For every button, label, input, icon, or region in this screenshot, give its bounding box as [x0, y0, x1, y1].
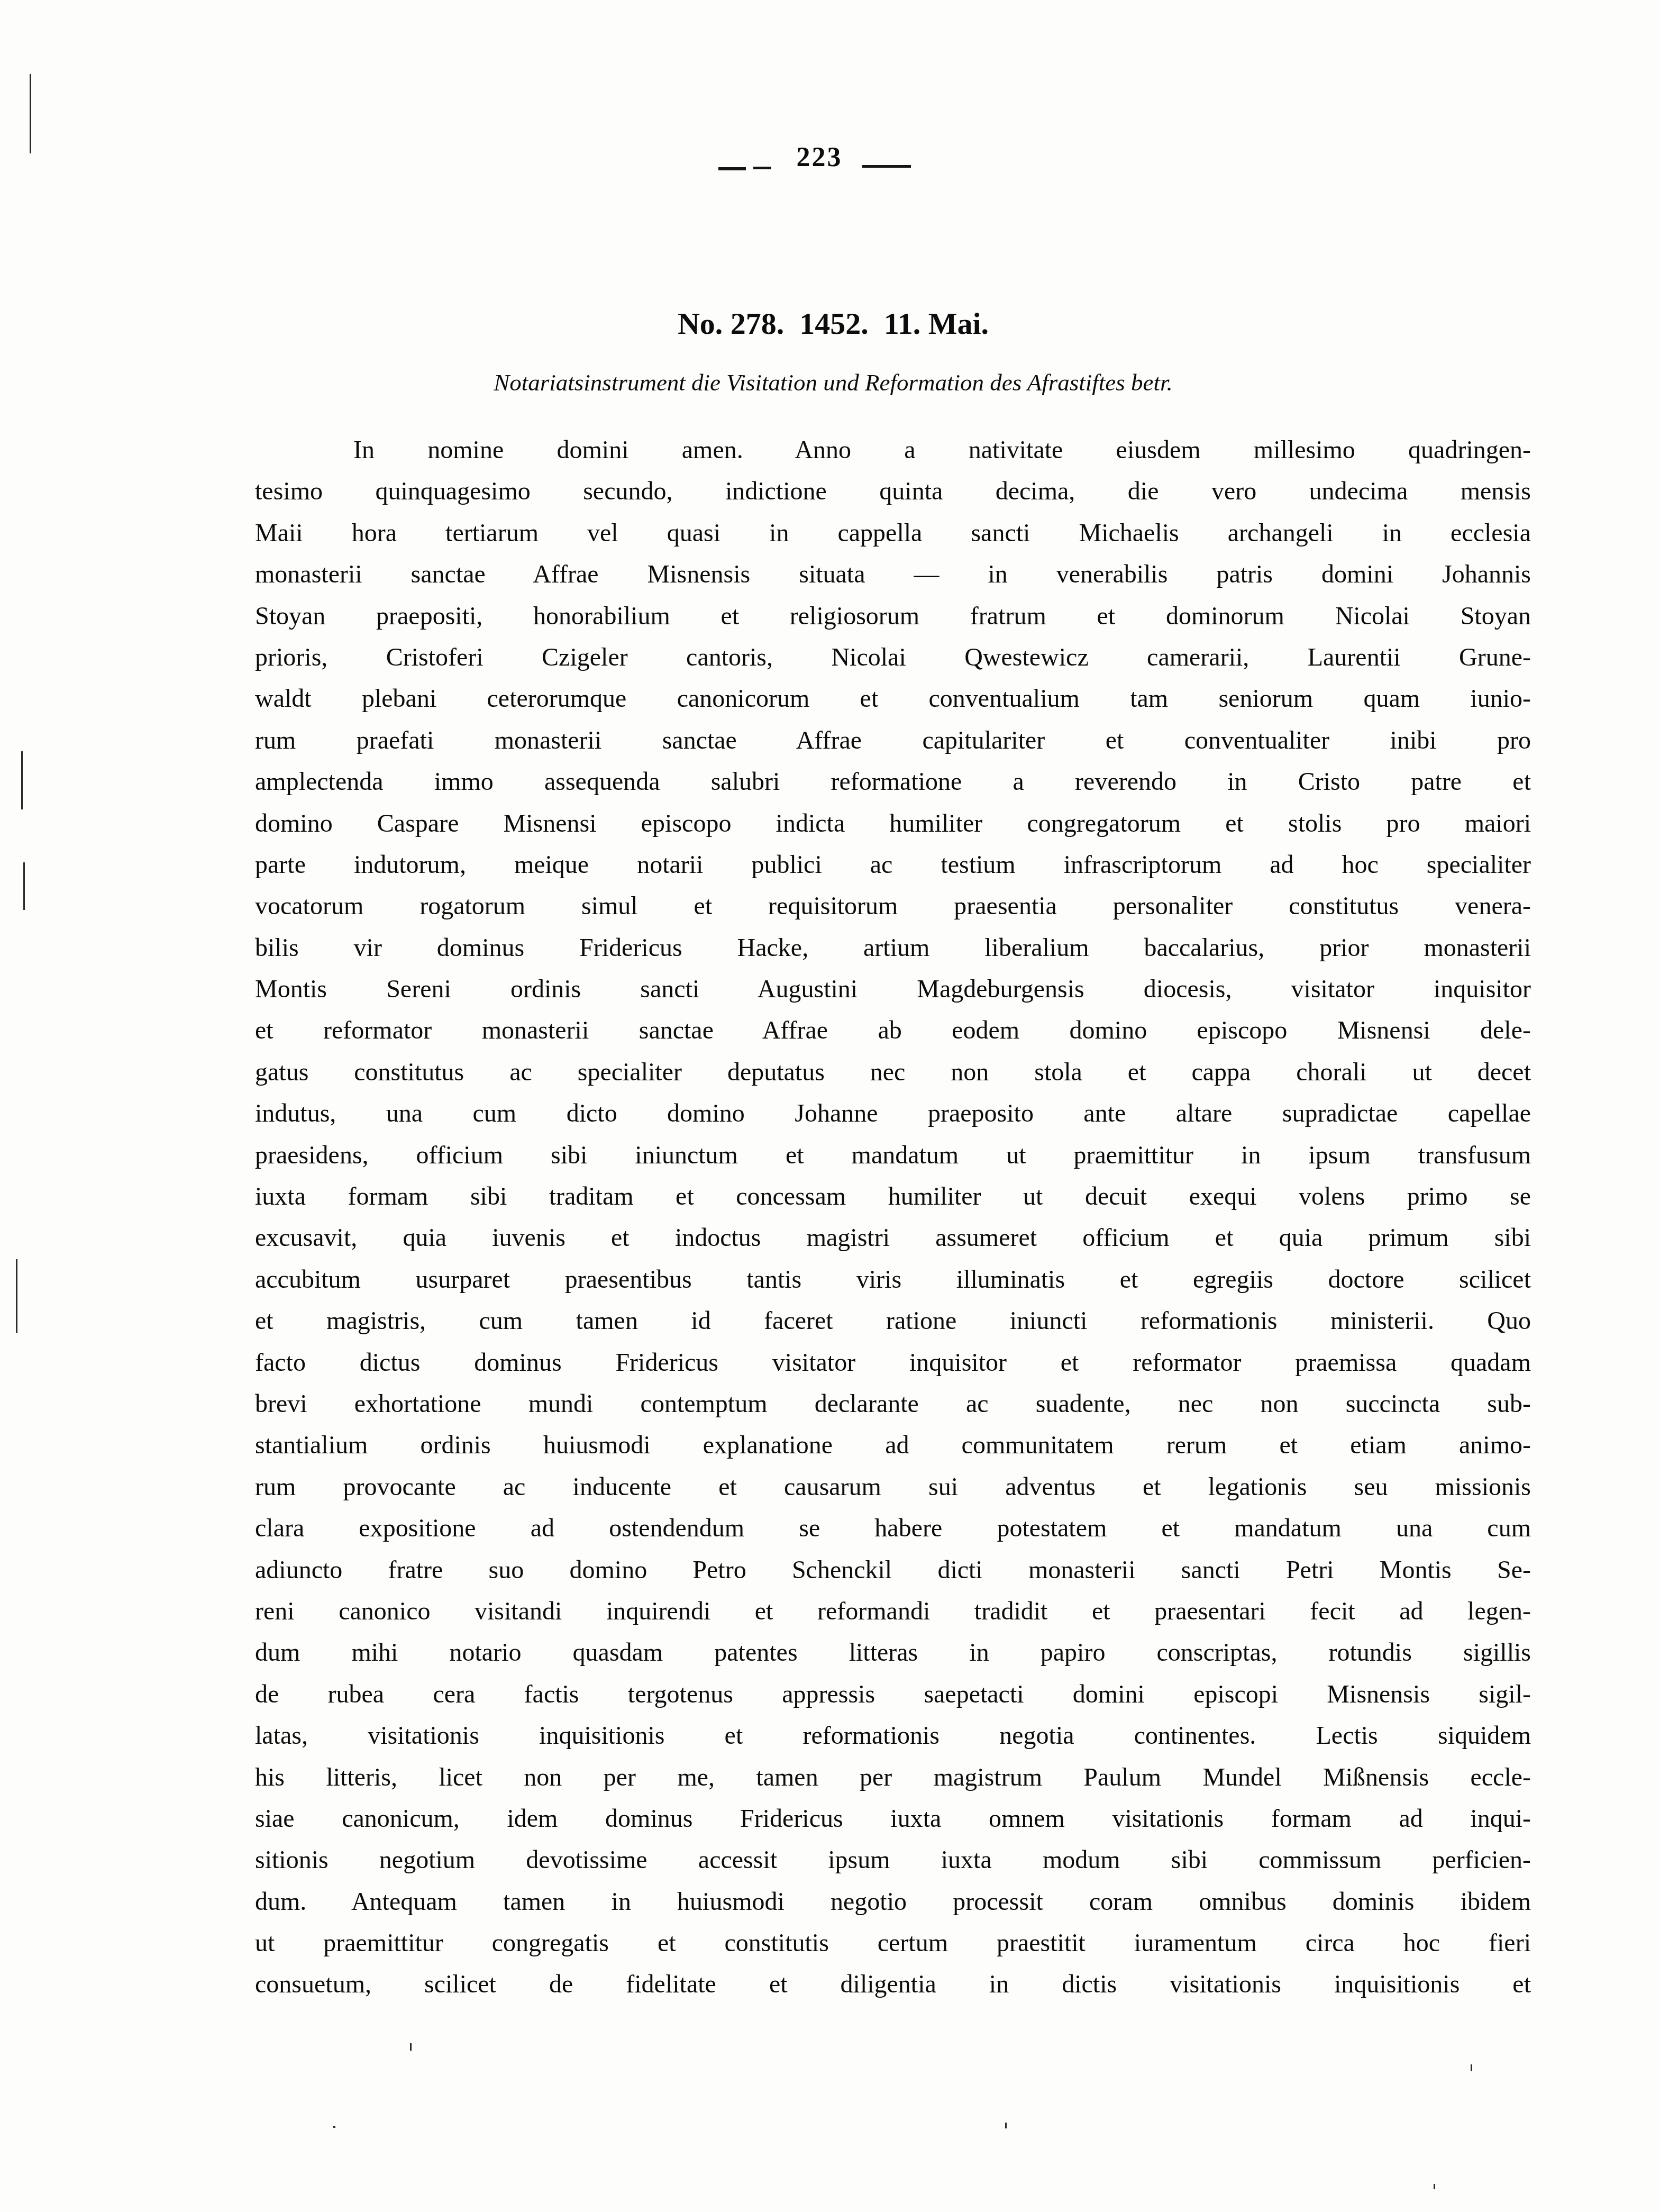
scan-artifact: [1434, 2184, 1435, 2189]
body-line: vocatorum rogatorum simul et requisitoru…: [255, 886, 1531, 927]
body-line: reni canonico visitandi inquirendi et re…: [255, 1591, 1531, 1632]
body-line: Stoyan praepositi, honorabilium et relig…: [255, 596, 1531, 637]
scan-artifact: [410, 2043, 412, 2051]
scan-artifact: [1471, 2064, 1472, 2071]
body-line: gatus constitutus ac specialiter deputat…: [255, 1052, 1531, 1093]
body-line: In nomine domini amen. Anno a nativitate…: [255, 430, 1531, 471]
body-line: bilis vir dominus Fridericus Hacke, arti…: [255, 927, 1531, 969]
running-head: 223: [0, 142, 1660, 184]
body-line: de rubea cera factis tergotenus appressi…: [255, 1674, 1531, 1715]
body-line: siae canonicum, idem dominus Fridericus …: [255, 1798, 1531, 1840]
body-line: iuxta formam sibi traditam et concessam …: [255, 1176, 1531, 1217]
scan-artifact: [333, 2126, 335, 2128]
body-text-block: In nomine domini amen. Anno a nativitate…: [255, 430, 1531, 2006]
body-line: dum mihi notario quasdam patentes litter…: [255, 1632, 1531, 1673]
header-dash-right: [862, 165, 911, 168]
body-line: clara expositione ad ostendendum se habe…: [255, 1508, 1531, 1549]
body-line: et magistris, cum tamen id faceret ratio…: [255, 1300, 1531, 1342]
body-line: ut praemittitur congregatis et constitut…: [255, 1923, 1531, 1964]
body-line: tesimo quinquagesimo secundo, indictione…: [255, 471, 1531, 512]
entry-heading: No. 278. 1452. 11. Mai.: [678, 306, 989, 341]
body-line: adiuncto fratre suo domino Petro Schenck…: [255, 1550, 1531, 1591]
header-dash-left-1: [718, 167, 746, 170]
body-line: facto dictus dominus Fridericus visitato…: [255, 1342, 1531, 1383]
scanned-book-page: 223 No. 278. 1452. 11. Mai. Notariatsins…: [0, 0, 1660, 2212]
body-line: dum. Antequam tamen in huiusmodi negotio…: [255, 1881, 1531, 1923]
body-line: latas, visitationis inquisitionis et ref…: [255, 1715, 1531, 1756]
body-line: Maii hora tertiarum vel quasi in cappell…: [255, 513, 1531, 554]
body-line: rum praefati monasterii sanctae Affrae c…: [255, 720, 1531, 761]
body-line: indutus, una cum dicto domino Johanne pr…: [255, 1093, 1531, 1134]
header-dash-left-2: [753, 167, 771, 169]
body-line: parte indutorum, meique notarii publici …: [255, 844, 1531, 886]
scan-artifact: [1005, 2123, 1007, 2128]
entry-subtitle: Notariatsinstrument die Visitation und R…: [494, 369, 1172, 396]
body-line: excusavit, quia iuvenis et indoctus magi…: [255, 1217, 1531, 1259]
scan-artifact: [23, 862, 25, 910]
body-line: praesidens, officium sibi iniunctum et m…: [255, 1135, 1531, 1176]
body-line: et reformator monasterii sanctae Affrae …: [255, 1010, 1531, 1051]
scan-artifact: [21, 751, 23, 809]
body-line: domino Caspare Misnensi episcopo indicta…: [255, 803, 1531, 844]
body-line: waldt plebani ceterorumque canonicorum e…: [255, 678, 1531, 720]
page-number: 223: [797, 142, 843, 173]
body-line: consuetum, scilicet de fidelitate et dil…: [255, 1964, 1531, 2005]
body-line: sitionis negotium devotissime accessit i…: [255, 1840, 1531, 1881]
body-line: rum provocante ac inducente et causarum …: [255, 1467, 1531, 1508]
body-line: Montis Sereni ordinis sancti Augustini M…: [255, 969, 1531, 1010]
body-line: his litteris, licet non per me, tamen pe…: [255, 1757, 1531, 1798]
body-line: monasterii sanctae Affrae Misnensis situ…: [255, 554, 1531, 595]
body-line: amplectenda immo assequenda salubri refo…: [255, 761, 1531, 803]
scan-artifact: [30, 74, 31, 153]
body-line: brevi exhortatione mundi contemptum decl…: [255, 1383, 1531, 1425]
body-line: stantialium ordinis huiusmodi explanatio…: [255, 1425, 1531, 1466]
body-line: prioris, Cristoferi Czigeler cantoris, N…: [255, 637, 1531, 678]
scan-artifact: [16, 1259, 17, 1333]
body-line: accubitum usurparet praesentibus tantis …: [255, 1259, 1531, 1300]
